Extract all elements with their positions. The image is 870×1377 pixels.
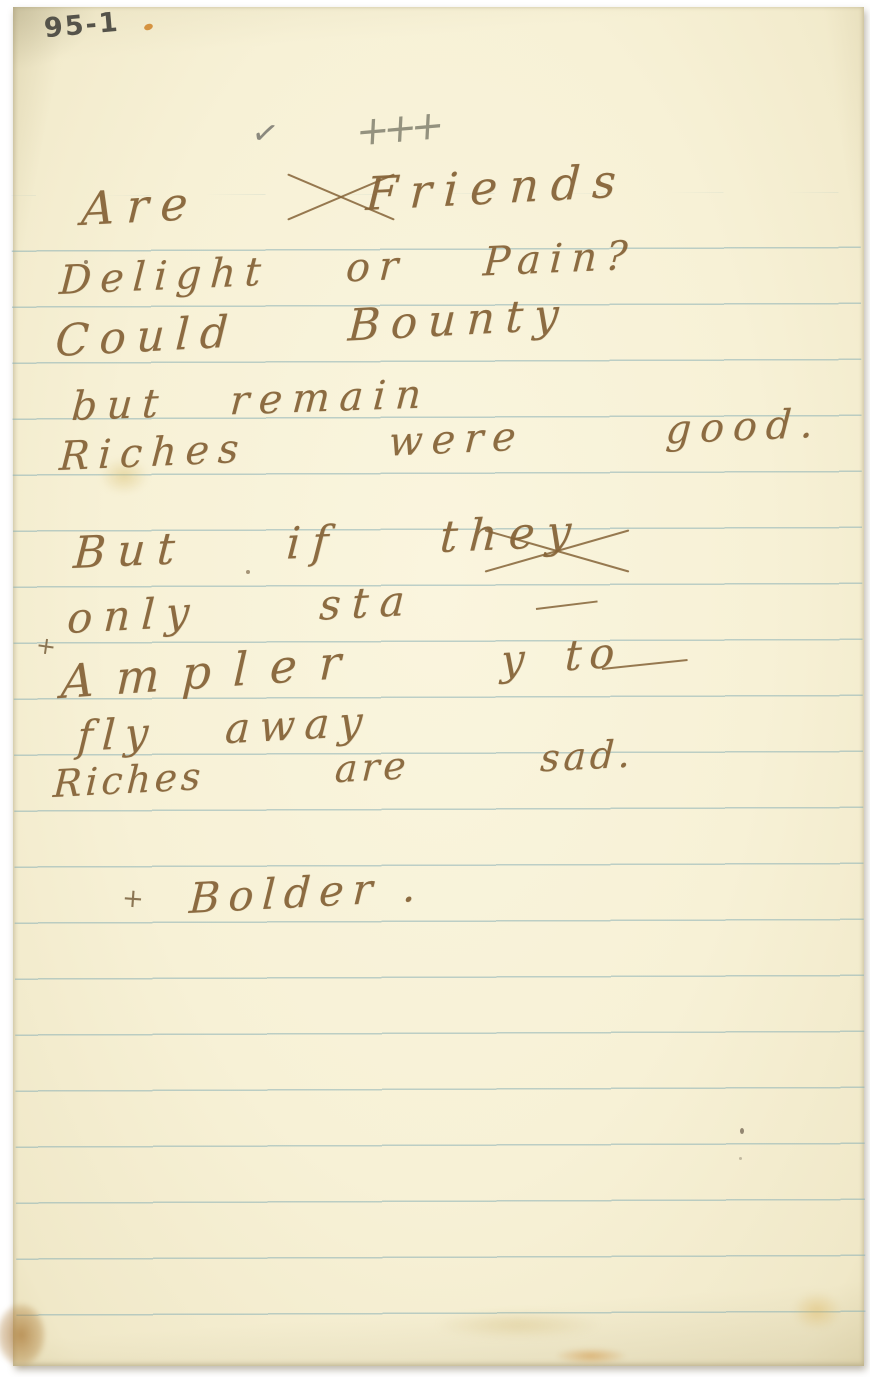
variant-marker: +	[121, 883, 145, 914]
ink-speck	[739, 1157, 742, 1160]
crossed-capital-stroke	[482, 524, 632, 576]
archive-number-annotation: 95-1	[43, 7, 121, 44]
crossed-capital-stroke	[283, 166, 399, 226]
ink-speck	[740, 1128, 744, 1134]
poem-line-8: y to	[500, 627, 623, 685]
variant-marker: +	[34, 631, 58, 662]
triple-cross-annotation: +++	[355, 102, 440, 156]
